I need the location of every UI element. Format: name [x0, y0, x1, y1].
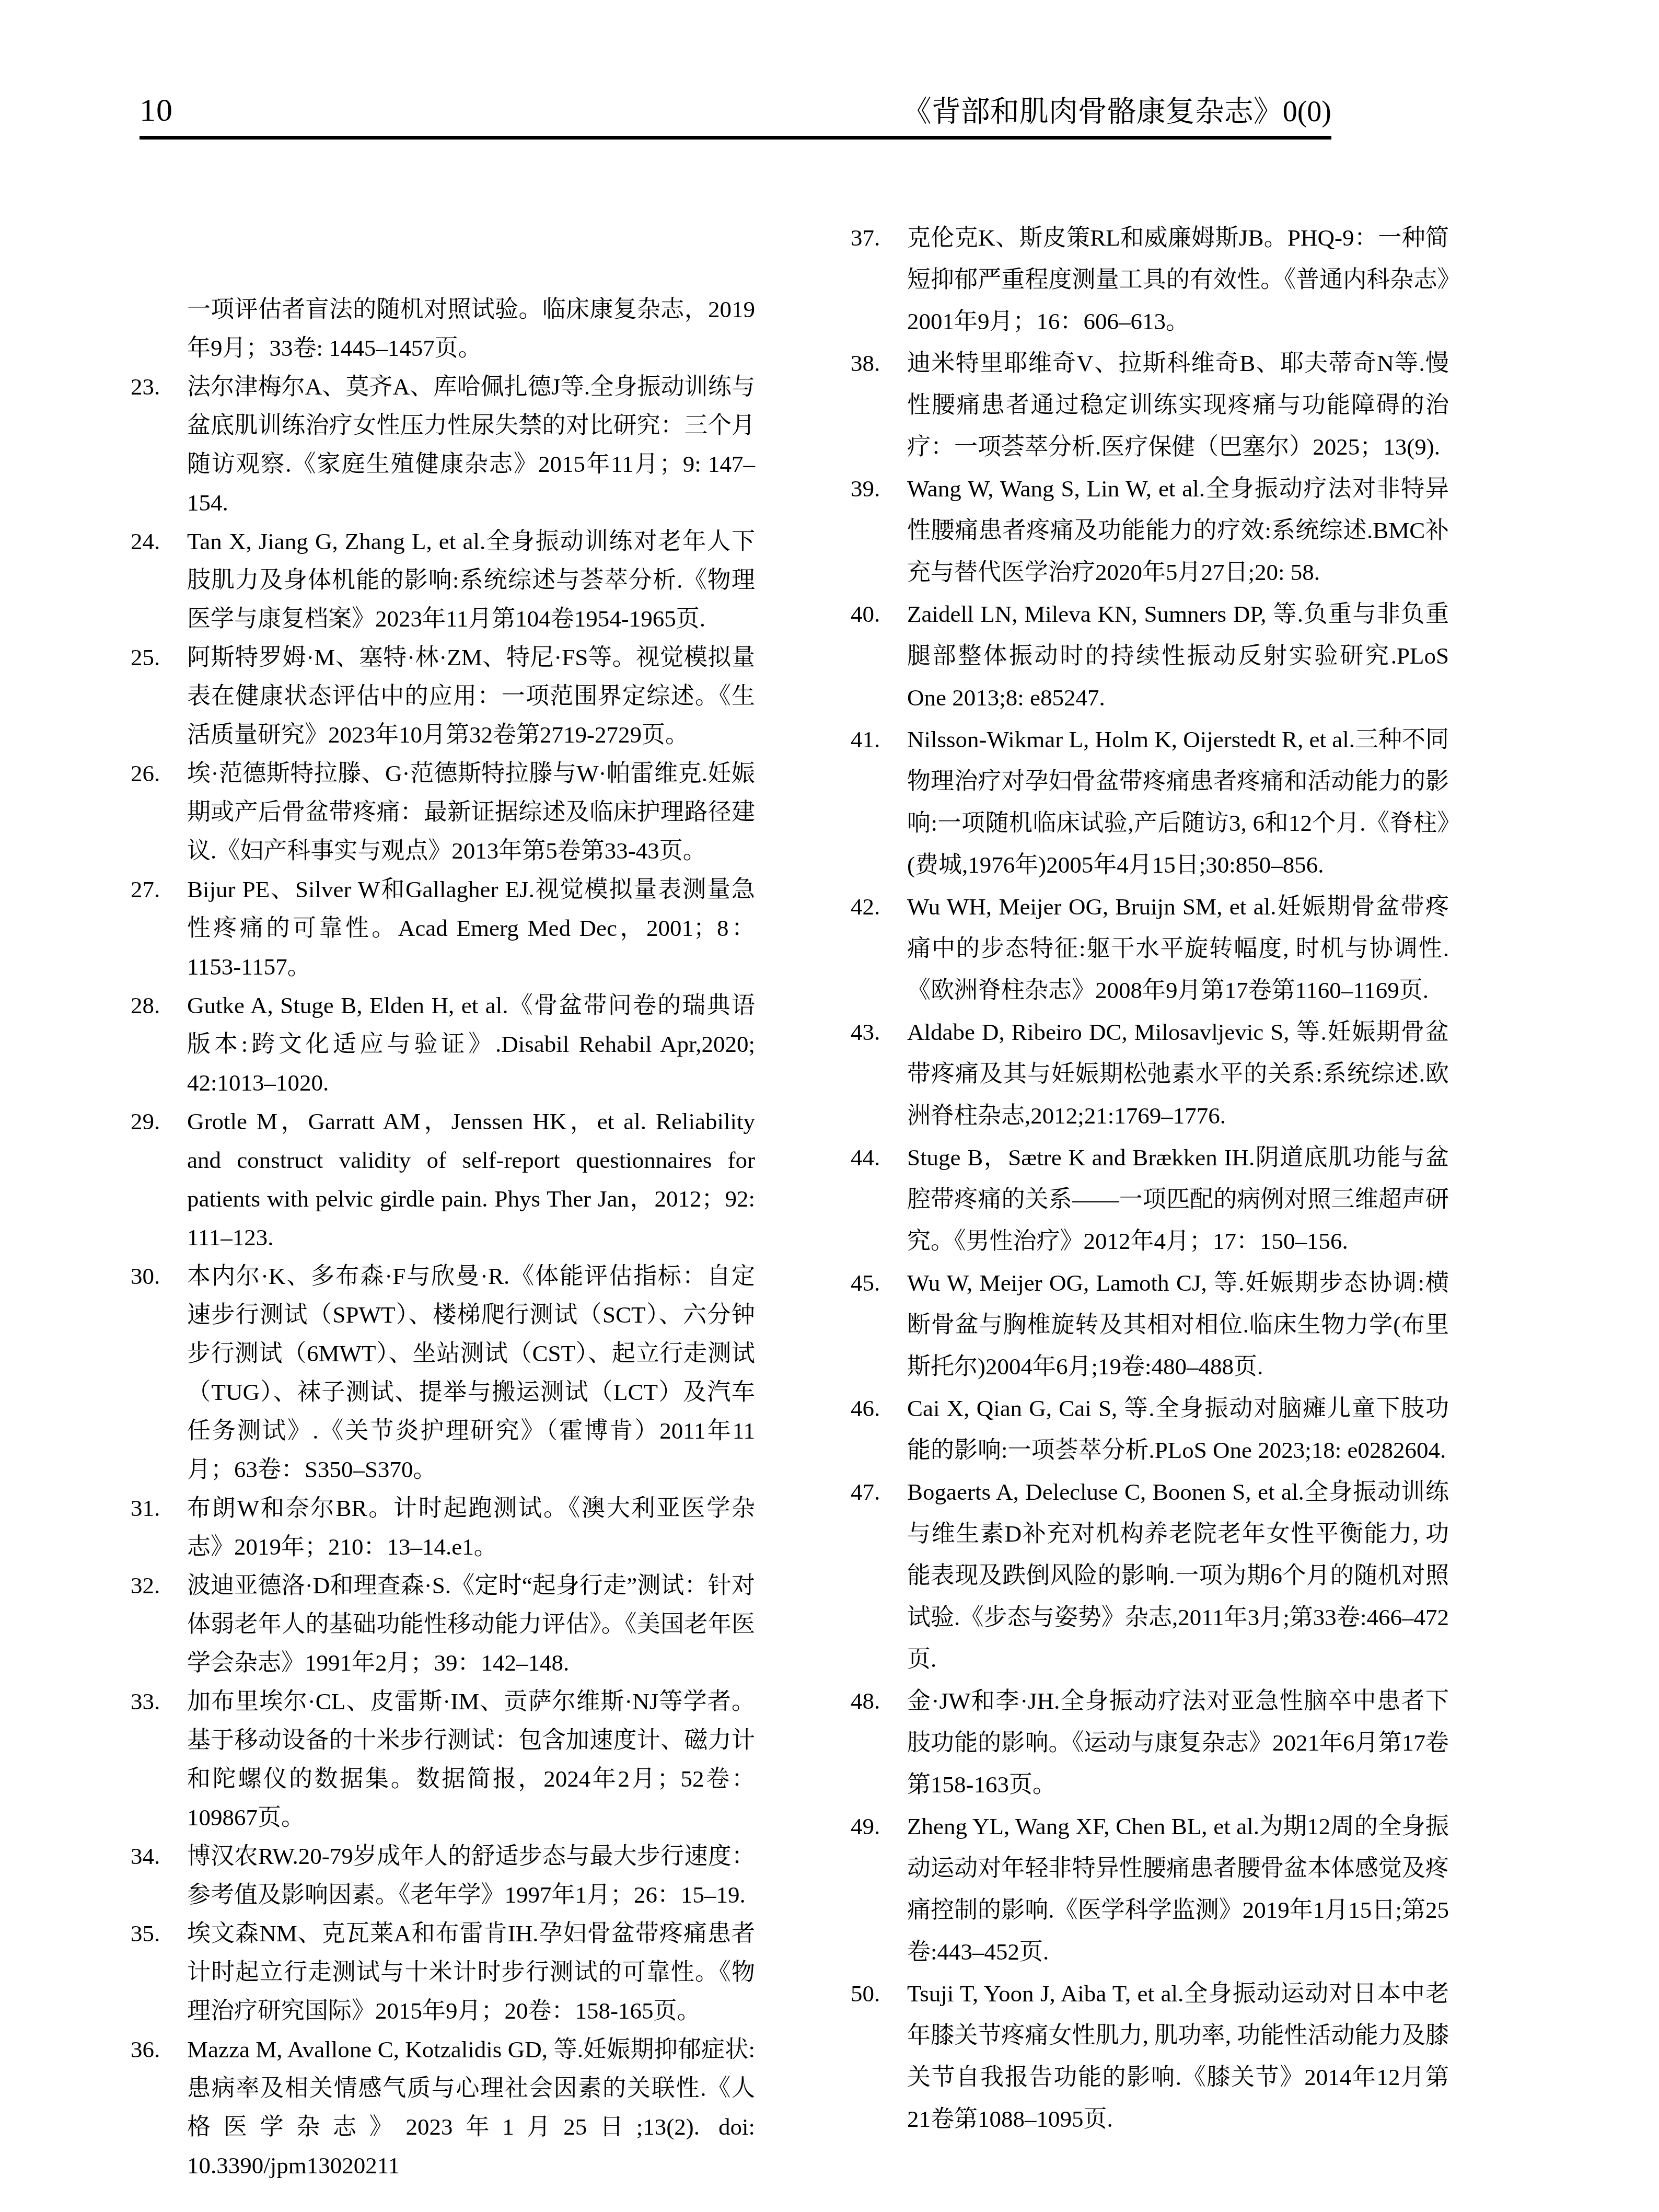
reference-number: 49. — [851, 1805, 907, 1847]
reference-item: 46. Cai X, Qian G, Cai S, 等.全身振动对脑瘫儿童下肢功… — [851, 1387, 1449, 1471]
reference-item: 42. Wu WH, Meijer OG, Bruijn SM, et al.妊… — [851, 886, 1449, 1011]
reference-item: 30. 本内尔·K、多布森·F与欣曼·R.《体能评估指标：自定速步行测试（SPW… — [131, 1257, 755, 1489]
reference-text: 埃·范德斯特拉滕、G·范德斯特拉滕与W·帕雷维克.妊娠期或产后骨盆带疼痛：最新证… — [187, 754, 755, 870]
reference-text: Nilsson-Wikmar L, Holm K, Oijerstedt R, … — [907, 719, 1449, 886]
reference-number: 24. — [131, 522, 187, 561]
reference-item: 48. 金·JW和李·JH.全身振动疗法对亚急性脑卒中患者下肢功能的影响。《运动… — [851, 1680, 1449, 1805]
reference-item: 47. Bogaerts A, Delecluse C, Boonen S, e… — [851, 1471, 1449, 1680]
reference-item: 24. Tan X, Jiang G, Zhang L, et al.全身振动训… — [131, 522, 755, 638]
reference-item: 25. 阿斯特罗姆·M、塞特·林·ZM、特尼·FS等。视觉模拟量表在健康状态评估… — [131, 638, 755, 754]
reference-item: 28. Gutke A, Stuge B, Elden H, et al.《骨盆… — [131, 986, 755, 1102]
reference-item: 38. 迪米特里耶维奇V、拉斯科维奇B、耶夫蒂奇N等.慢性腰痛患者通过稳定训练实… — [851, 342, 1449, 468]
reference-number: 47. — [851, 1471, 907, 1513]
reference-item: 49. Zheng YL, Wang XF, Chen BL, et al.为期… — [851, 1805, 1449, 1973]
reference-number: 50. — [851, 1973, 907, 2014]
reference-text: 本内尔·K、多布森·F与欣曼·R.《体能评估指标：自定速步行测试（SPWT）、楼… — [187, 1257, 755, 1489]
reference-text: 加布里埃尔·CL、皮雷斯·IM、贡萨尔维斯·NJ等学者。基于移动设备的十米步行测… — [187, 1682, 755, 1837]
reference-number: 34. — [131, 1837, 187, 1875]
reference-text: Tan X, Jiang G, Zhang L, et al.全身振动训练对老年… — [187, 522, 755, 638]
reference-item: 36. Mazza M, Avallone C, Kotzalidis GD, … — [131, 2030, 755, 2185]
reference-item: 29. Grotle M，Garratt AM，Jenssen HK，et al… — [131, 1102, 755, 1257]
reference-number: 40. — [851, 593, 907, 635]
references-right-column: 37. 克伦克K、斯皮策RL和威廉姆斯JB。PHQ-9：一种简短抑郁严重程度测量… — [851, 217, 1449, 2140]
reference-text: 阿斯特罗姆·M、塞特·林·ZM、特尼·FS等。视觉模拟量表在健康状态评估中的应用… — [187, 638, 755, 754]
reference-number: 37. — [851, 217, 907, 259]
reference-number: 45. — [851, 1262, 907, 1304]
reference-item: 50. Tsuji T, Yoon J, Aiba T, et al.全身振动运… — [851, 1973, 1449, 2140]
reference-item: 一项评估者盲法的随机对照试验。临床康复杂志，2019年9月；33卷: 1445–… — [131, 290, 755, 367]
reference-text: Wang W, Wang S, Lin W, et al.全身振动疗法对非特异性… — [907, 468, 1449, 593]
reference-text: Stuge B，Sætre K and Brækken IH.阴道底肌功能与盆腔… — [907, 1137, 1449, 1262]
running-header: 10 《背部和肌肉骨骼康复杂志》0(0) — [140, 94, 1331, 140]
reference-number: 43. — [851, 1011, 907, 1053]
document-page: 10 《背部和肌肉骨骼康复杂志》0(0) 一项评估者盲法的随机对照试验。临床康复… — [0, 0, 1659, 2212]
reference-item: 35. 埃文森NM、克瓦莱A和布雷肯IH.孕妇骨盆带疼痛患者计时起立行走测试与十… — [131, 1914, 755, 2030]
page-number: 10 — [140, 94, 173, 126]
reference-text: Bogaerts A, Delecluse C, Boonen S, et al… — [907, 1471, 1449, 1680]
reference-item: 32. 波迪亚德洛·D和理查森·S.《定时“起身行走”测试：针对体弱老年人的基础… — [131, 1566, 755, 1682]
reference-number: 33. — [131, 1682, 187, 1721]
reference-item: 40. Zaidell LN, Mileva KN, Sumners DP, 等… — [851, 593, 1449, 719]
reference-number: 23. — [131, 367, 187, 406]
reference-text: Tsuji T, Yoon J, Aiba T, et al.全身振动运动对日本… — [907, 1973, 1449, 2140]
reference-number: 44. — [851, 1137, 907, 1178]
reference-number: 32. — [131, 1566, 187, 1605]
reference-text: 埃文森NM、克瓦莱A和布雷肯IH.孕妇骨盆带疼痛患者计时起立行走测试与十米计时步… — [187, 1914, 755, 2030]
reference-text: Zheng YL, Wang XF, Chen BL, et al.为期12周的… — [907, 1805, 1449, 1973]
reference-number: 27. — [131, 870, 187, 909]
reference-number: 26. — [131, 754, 187, 793]
reference-item: 44. Stuge B，Sætre K and Brækken IH.阴道底肌功… — [851, 1137, 1449, 1262]
reference-number: 30. — [131, 1257, 187, 1295]
reference-text: 迪米特里耶维奇V、拉斯科维奇B、耶夫蒂奇N等.慢性腰痛患者通过稳定训练实现疼痛与… — [907, 342, 1449, 468]
reference-text: 波迪亚德洛·D和理查森·S.《定时“起身行走”测试：针对体弱老年人的基础功能性移… — [187, 1566, 755, 1682]
reference-number: 48. — [851, 1680, 907, 1722]
reference-number: 42. — [851, 886, 907, 928]
reference-text: 法尔津梅尔A、莫齐A、库哈佩扎德J等.全身振动训练与盆底肌训练治疗女性压力性尿失… — [187, 367, 755, 522]
reference-text: Aldabe D, Ribeiro DC, Milosavljevic S, 等… — [907, 1011, 1449, 1137]
reference-number: 39. — [851, 468, 907, 509]
references-left-column: 一项评估者盲法的随机对照试验。临床康复杂志，2019年9月；33卷: 1445–… — [131, 290, 755, 2185]
reference-text: 金·JW和李·JH.全身振动疗法对亚急性脑卒中患者下肢功能的影响。《运动与康复杂… — [907, 1680, 1449, 1805]
journal-title: 《背部和肌肉骨骼康复杂志》0(0) — [902, 97, 1331, 126]
reference-item: 26. 埃·范德斯特拉滕、G·范德斯特拉滕与W·帕雷维克.妊娠期或产后骨盆带疼痛… — [131, 754, 755, 870]
reference-number: 46. — [851, 1387, 907, 1429]
reference-number: 31. — [131, 1489, 187, 1527]
reference-text: Bijur PE、Silver W和Gallagher EJ.视觉模拟量表测量急… — [187, 870, 755, 986]
reference-number: 35. — [131, 1914, 187, 1953]
reference-number: 25. — [131, 638, 187, 677]
reference-item: 34. 博汉农RW.20-79岁成年人的舒适步态与最大步行速度：参考值及影响因素… — [131, 1837, 755, 1914]
reference-number: 28. — [131, 986, 187, 1025]
reference-text: Mazza M, Avallone C, Kotzalidis GD, 等.妊娠… — [187, 2030, 755, 2185]
reference-number: 41. — [851, 719, 907, 760]
reference-text: Wu WH, Meijer OG, Bruijn SM, et al.妊娠期骨盆… — [907, 886, 1449, 1011]
reference-number: 38. — [851, 342, 907, 384]
reference-item: 33. 加布里埃尔·CL、皮雷斯·IM、贡萨尔维斯·NJ等学者。基于移动设备的十… — [131, 1682, 755, 1837]
reference-text: Grotle M，Garratt AM，Jenssen HK，et al. Re… — [187, 1102, 755, 1257]
reference-item: 37. 克伦克K、斯皮策RL和威廉姆斯JB。PHQ-9：一种简短抑郁严重程度测量… — [851, 217, 1449, 342]
reference-item: 45. Wu W, Meijer OG, Lamoth CJ, 等.妊娠期步态协… — [851, 1262, 1449, 1387]
reference-item: 39. Wang W, Wang S, Lin W, et al.全身振动疗法对… — [851, 468, 1449, 593]
reference-text: 克伦克K、斯皮策RL和威廉姆斯JB。PHQ-9：一种简短抑郁严重程度测量工具的有… — [907, 217, 1449, 342]
reference-item: 43. Aldabe D, Ribeiro DC, Milosavljevic … — [851, 1011, 1449, 1137]
reference-text: 布朗W和奈尔BR。计时起跑测试。《澳大利亚医学杂志》2019年；210：13–1… — [187, 1489, 755, 1566]
reference-item: 31. 布朗W和奈尔BR。计时起跑测试。《澳大利亚医学杂志》2019年；210：… — [131, 1489, 755, 1566]
reference-text: 一项评估者盲法的随机对照试验。临床康复杂志，2019年9月；33卷: 1445–… — [187, 290, 755, 367]
reference-item: 23. 法尔津梅尔A、莫齐A、库哈佩扎德J等.全身振动训练与盆底肌训练治疗女性压… — [131, 367, 755, 522]
reference-number: 36. — [131, 2030, 187, 2069]
reference-text: 博汉农RW.20-79岁成年人的舒适步态与最大步行速度：参考值及影响因素。《老年… — [187, 1837, 755, 1914]
reference-text: Gutke A, Stuge B, Elden H, et al.《骨盆带问卷的… — [187, 986, 755, 1102]
reference-text: Wu W, Meijer OG, Lamoth CJ, 等.妊娠期步态协调:横断… — [907, 1262, 1449, 1387]
reference-item: 27. Bijur PE、Silver W和Gallagher EJ.视觉模拟量… — [131, 870, 755, 986]
reference-item: 41. Nilsson-Wikmar L, Holm K, Oijerstedt… — [851, 719, 1449, 886]
reference-number: 29. — [131, 1102, 187, 1141]
reference-text: Zaidell LN, Mileva KN, Sumners DP, 等.负重与… — [907, 593, 1449, 719]
reference-text: Cai X, Qian G, Cai S, 等.全身振动对脑瘫儿童下肢功能的影响… — [907, 1387, 1449, 1471]
